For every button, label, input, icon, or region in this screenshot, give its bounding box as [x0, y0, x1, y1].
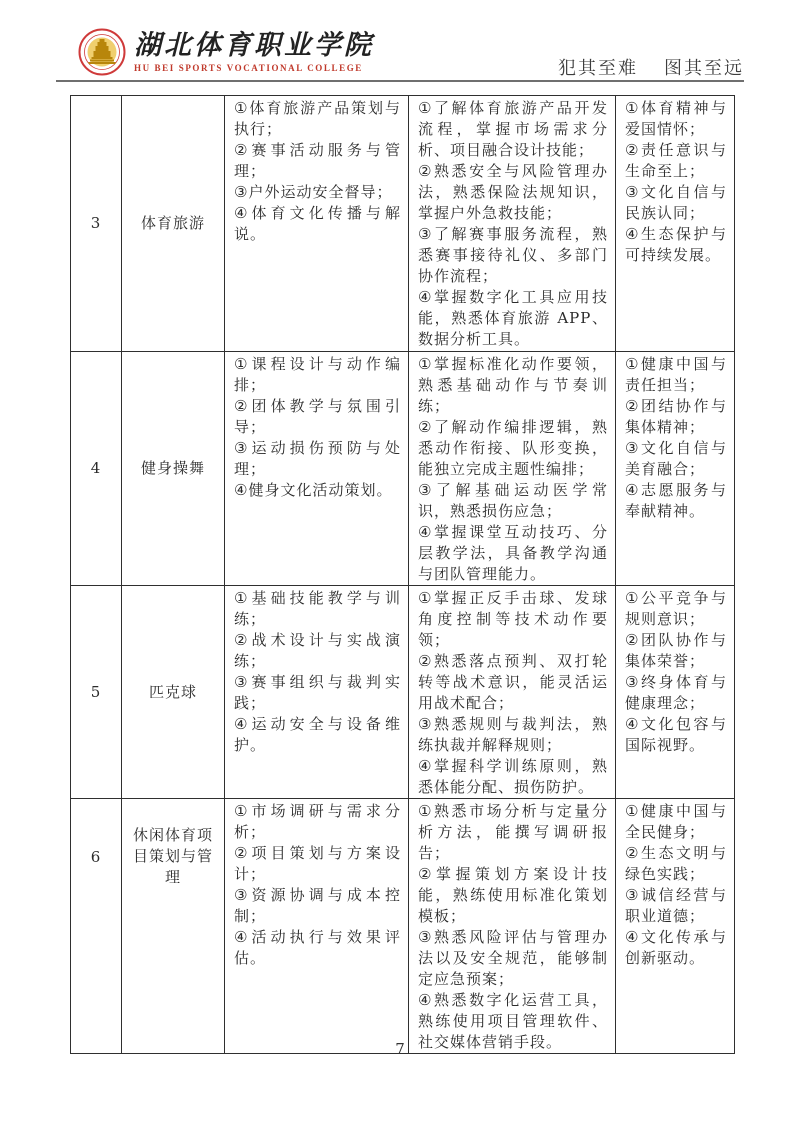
table-row: 6 休闲体育项目策划与管理 ①市场调研与需求分析； ②项目策划与方案设计； ③资…: [71, 799, 735, 1054]
tasks-cell: ①基础技能教学与训练； ②战术设计与实战演练； ③赛事组织与裁判实践； ④运动安…: [225, 586, 409, 799]
value-item: ①体育精神与爱国情怀；: [625, 98, 727, 140]
task-item: ④健身文化活动策划。: [234, 480, 401, 501]
row-number: 3: [71, 96, 122, 352]
value-item: ④文化包容与国际视野。: [625, 714, 727, 756]
skill-item: ②掌握策划方案设计技能，熟练使用标准化策划模板；: [418, 864, 608, 927]
project-name: 休闲体育项目策划与管理: [122, 799, 225, 1054]
values-cell: ①健康中国与责任担当； ②团结协作与集体精神； ③文化自信与美育融合； ④志愿服…: [616, 352, 735, 586]
document-page: 湖北体育职业学院 HU BEI SPORTS VOCATIONAL COLLEG…: [0, 0, 800, 1131]
task-item: ②赛事活动服务与管理；: [234, 140, 401, 182]
task-item: ②项目策划与方案设计；: [234, 843, 401, 885]
row-number: 4: [71, 352, 122, 586]
value-item: ①健康中国与责任担当；: [625, 354, 727, 396]
values-cell: ①体育精神与爱国情怀； ②责任意识与生命至上； ③文化自信与民族认同； ④生态保…: [616, 96, 735, 352]
value-item: ③文化自信与美育融合；: [625, 438, 727, 480]
table-row: 5 匹克球 ①基础技能教学与训练； ②战术设计与实战演练； ③赛事组织与裁判实践…: [71, 586, 735, 799]
skill-item: ③熟悉规则与裁判法，熟练执裁并解释规则；: [418, 714, 608, 756]
value-item: ③诚信经营与职业道德；: [625, 885, 727, 927]
college-title-block: 湖北体育职业学院 HU BEI SPORTS VOCATIONAL COLLEG…: [134, 31, 374, 73]
row-number: 5: [71, 586, 122, 799]
skill-item: ①熟悉市场分析与定量分析方法，能撰写调研报告；: [418, 801, 608, 864]
project-name: 匹克球: [122, 586, 225, 799]
task-item: ①体育旅游产品策划与执行；: [234, 98, 401, 140]
page-number: 7: [0, 1040, 800, 1058]
project-name: 健身操舞: [122, 352, 225, 586]
values-cell: ①健康中国与全民健身； ②生态文明与绿色实践； ③诚信经营与职业道德； ④文化传…: [616, 799, 735, 1054]
value-item: ④生态保护与可持续发展。: [625, 224, 727, 266]
college-motto: 犯其至难图其至远: [532, 54, 744, 80]
skills-cell: ①掌握标准化动作要领，熟悉基础动作与节奏训练； ②了解动作编排逻辑，熟悉动作衔接…: [409, 352, 616, 586]
skills-cell: ①熟悉市场分析与定量分析方法，能撰写调研报告； ②掌握策划方案设计技能，熟练使用…: [409, 799, 616, 1054]
value-item: ③文化自信与民族认同；: [625, 182, 727, 224]
tasks-cell: ①课程设计与动作编排； ②团体教学与氛围引导； ③运动损伤预防与处理； ④健身文…: [225, 352, 409, 586]
skill-item: ④掌握课堂互动技巧、分层教学法，具备教学沟通与团队管理能力。: [418, 522, 608, 585]
skill-item: ①掌握正反手击球、发球角度控制等技术动作要领；: [418, 588, 608, 651]
project-name: 体育旅游: [122, 96, 225, 352]
skill-item: ③熟悉风险评估与管理办法以及安全规范，能够制定应急预案；: [418, 927, 608, 990]
skill-item: ③了解赛事服务流程，熟悉赛事接待礼仪、多部门协作流程；: [418, 224, 608, 287]
values-cell: ①公平竞争与规则意识； ②团队协作与集体荣誉； ③终身体育与健康理念； ④文化包…: [616, 586, 735, 799]
college-seal-icon: [78, 28, 126, 76]
curriculum-table: 3 体育旅游 ①体育旅游产品策划与执行； ②赛事活动服务与管理； ③户外运动安全…: [70, 95, 735, 1054]
college-name-cn: 湖北体育职业学院: [134, 31, 374, 61]
college-name-en: HU BEI SPORTS VOCATIONAL COLLEGE: [134, 63, 374, 73]
value-item: ③终身体育与健康理念；: [625, 672, 727, 714]
page-header: 湖北体育职业学院 HU BEI SPORTS VOCATIONAL COLLEG…: [56, 26, 744, 82]
row-number: 6: [71, 799, 122, 1054]
college-logo: 湖北体育职业学院 HU BEI SPORTS VOCATIONAL COLLEG…: [78, 28, 374, 76]
header-divider: [56, 80, 744, 82]
skill-item: ④掌握数字化工具应用技能，熟悉体育旅游 APP、数据分析工具。: [418, 287, 608, 350]
skill-item: ②了解动作编排逻辑，熟悉动作衔接、队形变换，能独立完成主题性编排；: [418, 417, 608, 480]
skill-item: ②熟悉落点预判、双打轮转等战术意识，能灵活运用战术配合；: [418, 651, 608, 714]
skills-cell: ①了解体育旅游产品开发流程，掌握市场需求分析、项目融合设计技能； ②熟悉安全与风…: [409, 96, 616, 352]
value-item: ②团队协作与集体荣誉；: [625, 630, 727, 672]
skill-item: ②熟悉安全与风险管理办法，熟悉保险法规知识，掌握户外急救技能；: [418, 161, 608, 224]
value-item: ①健康中国与全民健身；: [625, 801, 727, 843]
task-item: ④体育文化传播与解说。: [234, 203, 401, 245]
task-item: ②团体教学与氛围引导；: [234, 396, 401, 438]
skills-cell: ①掌握正反手击球、发球角度控制等技术动作要领； ②熟悉落点预判、双打轮转等战术意…: [409, 586, 616, 799]
skill-item: ①了解体育旅游产品开发流程，掌握市场需求分析、项目融合设计技能；: [418, 98, 608, 161]
value-item: ②团结协作与集体精神；: [625, 396, 727, 438]
motto-right: 图其至远: [664, 58, 744, 79]
task-item: ①课程设计与动作编排；: [234, 354, 401, 396]
task-item: ③资源协调与成本控制；: [234, 885, 401, 927]
task-item: ③运动损伤预防与处理；: [234, 438, 401, 480]
motto-left: 犯其至难: [558, 58, 638, 79]
table-row: 3 体育旅游 ①体育旅游产品策划与执行； ②赛事活动服务与管理； ③户外运动安全…: [71, 96, 735, 352]
task-item: ①基础技能教学与训练；: [234, 588, 401, 630]
tasks-cell: ①体育旅游产品策划与执行； ②赛事活动服务与管理； ③户外运动安全督导； ④体育…: [225, 96, 409, 352]
skill-item: ④掌握科学训练原则，熟悉体能分配、损伤防护。: [418, 756, 608, 798]
task-item: ①市场调研与需求分析；: [234, 801, 401, 843]
task-item: ③户外运动安全督导；: [234, 182, 401, 203]
value-item: ④文化传承与创新驱动。: [625, 927, 727, 969]
value-item: ②生态文明与绿色实践；: [625, 843, 727, 885]
skill-item: ③了解基础运动医学常识，熟悉损伤应急；: [418, 480, 608, 522]
task-item: ②战术设计与实战演练；: [234, 630, 401, 672]
table-row: 4 健身操舞 ①课程设计与动作编排； ②团体教学与氛围引导； ③运动损伤预防与处…: [71, 352, 735, 586]
value-item: ①公平竞争与规则意识；: [625, 588, 727, 630]
tasks-cell: ①市场调研与需求分析； ②项目策划与方案设计； ③资源协调与成本控制； ④活动执…: [225, 799, 409, 1054]
value-item: ④志愿服务与奉献精神。: [625, 480, 727, 522]
task-item: ④活动执行与效果评估。: [234, 927, 401, 969]
task-item: ④运动安全与设备维护。: [234, 714, 401, 756]
task-item: ③赛事组织与裁判实践；: [234, 672, 401, 714]
skill-item: ①掌握标准化动作要领，熟悉基础动作与节奏训练；: [418, 354, 608, 417]
value-item: ②责任意识与生命至上；: [625, 140, 727, 182]
